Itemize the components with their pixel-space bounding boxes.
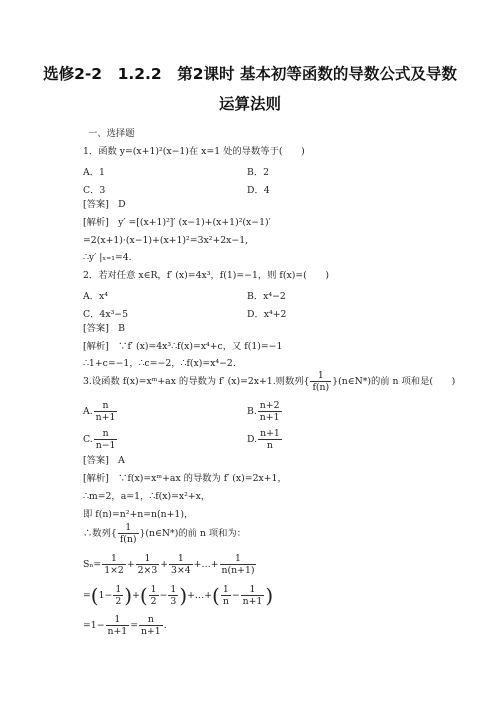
q1-stem: 1．函数 y=(x+1)²(x−1)在 x=1 处的导数等于( ): [83, 146, 305, 158]
q2-analysis-1: [解析] ∵f′ (x)=4x³∴f(x)=x⁴+c，又 f(1)=−1: [83, 341, 282, 353]
q1-answer: [答案] D: [83, 199, 126, 211]
q3-telescoping: =(1−12)+(12−13)+…+(1n−1n+1): [83, 584, 273, 607]
q2-answer: [答案] B: [83, 323, 125, 335]
q3-analysis-1: [解析] ∵f(x)=xᵐ+ax 的导数为 f′ (x)=2x+1，: [83, 473, 287, 485]
q3-stem-fraction: 1f(n): [310, 370, 331, 393]
q3-sum-expression: Sₙ=11×2+12×3+13×4+…+1n(n+1): [83, 553, 257, 576]
q3-option-a: A.nn+1: [83, 400, 118, 423]
q1-option-c: C．3: [83, 182, 105, 196]
q3-stem: 3.设函数 f(x)=xᵐ+ax 的导数为 f′ (x)=2x+1.则数列{1f…: [83, 370, 455, 393]
q1-analysis-1: [解析] y′ =[(x+1)²]′ (x−1)+(x+1)²(x−1)′: [83, 217, 271, 229]
q1-option-a: A．1: [83, 164, 105, 178]
q3-analysis-3: 即 f(n)=n²+n=n(n+1)，: [83, 509, 193, 521]
page-title-line1: 选修2-2 1.2.2 第2课时 基本初等函数的导数公式及导数: [0, 62, 500, 84]
section-heading: 一、选择题: [88, 128, 135, 140]
q3-option-c: C.nn−1: [83, 428, 118, 451]
q3-option-d: D.n+1n: [247, 428, 283, 451]
q3-analysis-2: ∴m=2，a=1，∴f(x)=x²+x，: [83, 491, 210, 503]
q3-option-b: B.n+2n+1: [247, 400, 283, 423]
q2-stem: 2．若对任意 x∈R，f′ (x)=4x³，f(1)=−1，则 f(x)=( ): [83, 270, 329, 282]
q3-analysis-4: ∴数列{1f(n)}(n∈N*)的前 n 项和为：: [83, 522, 246, 545]
q2-analysis-2: ∴1+c=−1，∴c=−2，∴f(x)=x⁴−2.: [83, 358, 236, 370]
q3-final-result: =1−1n+1=nn+1.: [83, 614, 167, 637]
q2-option-d: D．x⁴+2: [247, 306, 286, 320]
q3-answer: [答案] A: [83, 455, 125, 467]
q2-option-a: A．x⁴: [83, 288, 108, 302]
q1-option-b: B．2: [247, 164, 269, 178]
q1-analysis-3: ∴y′ |ₓ₌₁=4.: [83, 252, 132, 264]
q1-analysis-2: =2(x+1)·(x−1)+(x+1)²=3x²+2x−1,: [83, 235, 248, 247]
page-title-line2: 运算法则: [0, 92, 500, 114]
q2-option-c: C．4x³−5: [83, 306, 128, 320]
q1-option-d: D．4: [247, 182, 270, 196]
q2-option-b: B．x⁴−2: [247, 288, 286, 302]
